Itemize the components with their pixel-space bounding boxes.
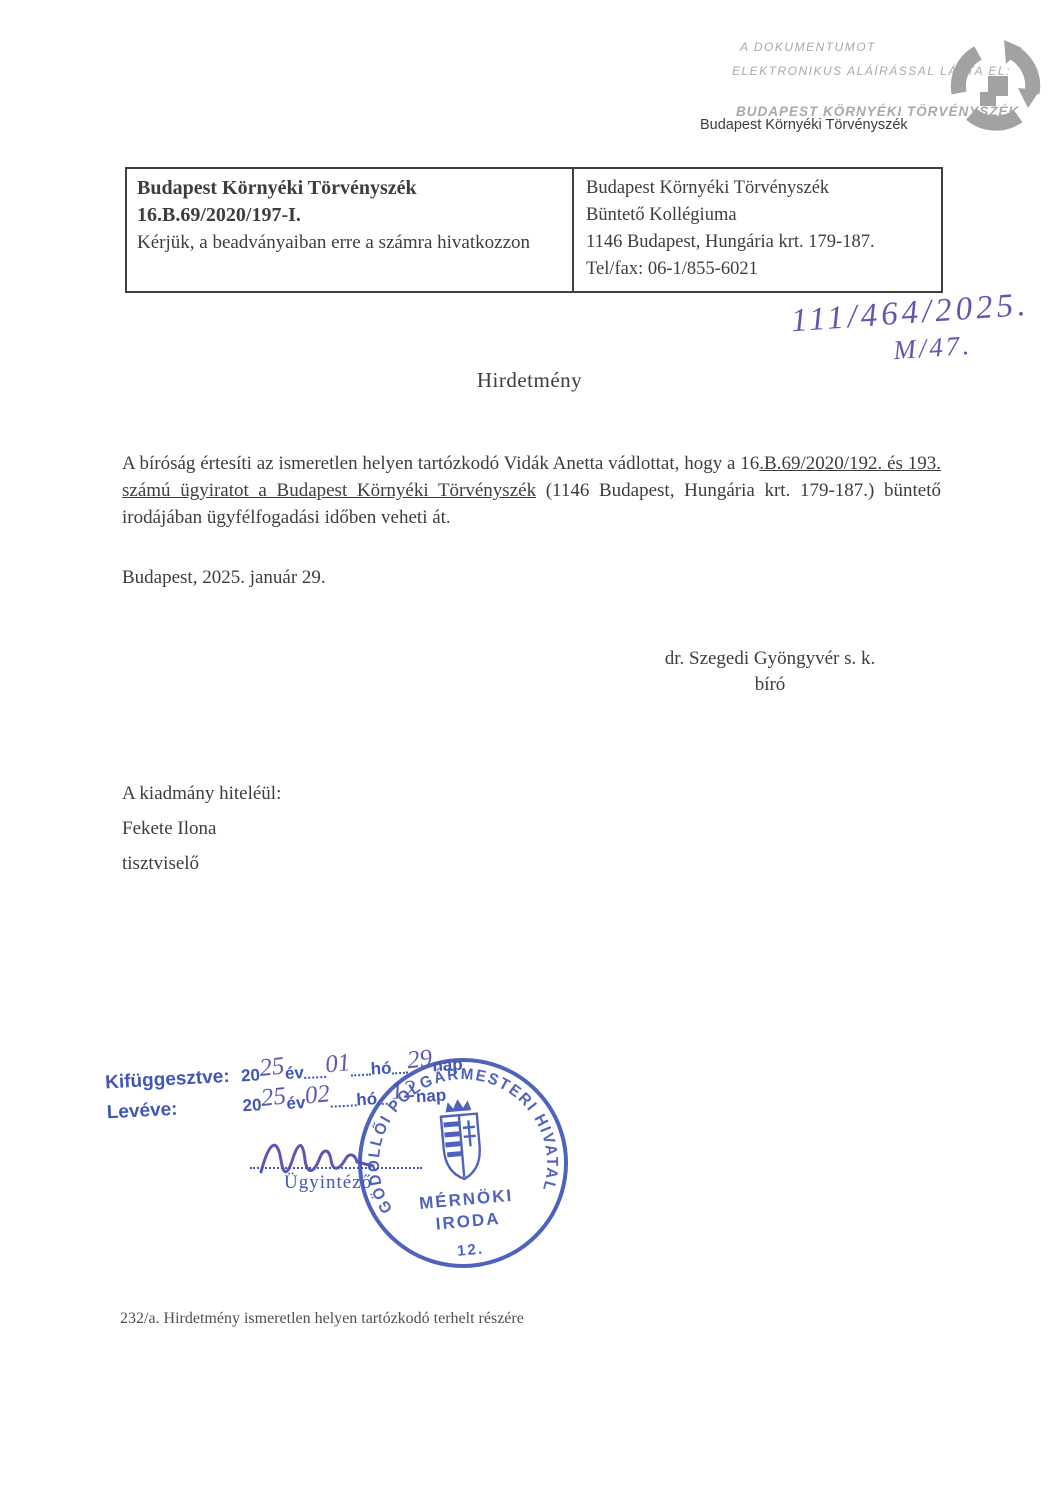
case-number: 16.B.69/2020/197-I.	[137, 202, 560, 229]
handwritten-filing-number: 111/464/2025. M/47.	[790, 287, 1033, 373]
signer-title: bíró	[600, 672, 940, 698]
court-name: Budapest Környéki Törvényszék	[137, 175, 560, 202]
year-prefix: 20	[241, 1065, 261, 1085]
document-title: Hirdetmény	[0, 368, 1059, 393]
stamp-number: 12.	[457, 1241, 485, 1260]
stamp-office-line1: MÉRNÖKI	[418, 1186, 514, 1213]
header-table-left-cell: Budapest Környéki Törvényszék 16.B.69/20…	[127, 169, 574, 291]
certification-line: A kiadmány hiteléül:	[122, 783, 281, 805]
round-office-stamp: GÖDÖLLŐI POLGÁRMESTERI HIVATAL MÉRNÖKI I…	[353, 1053, 573, 1273]
signer-name: dr. Szegedi Gyöngyvér s. k.	[600, 646, 940, 672]
handwritten-year: 25	[259, 1061, 285, 1074]
court-address-line: Tel/fax: 06-1/855-6021	[586, 256, 931, 283]
body-segment-1: A bíróság értesíti az ismeretlen helyen …	[122, 453, 759, 474]
body-paragraph: A bíróság értesíti az ismeretlen helyen …	[122, 450, 941, 531]
footer-note: 232/a. Hirdetmény ismeretlen helyen tart…	[120, 1310, 524, 1328]
date-line: Budapest, 2025. január 29.	[122, 567, 326, 589]
reference-note: Kérjük, a beadványaiban erre a számra hi…	[137, 229, 560, 256]
handwritten-month: 01	[325, 1058, 351, 1071]
esign-overlay-text: Budapest Környéki Törvényszék	[700, 116, 908, 134]
esign-stamp-line1: A DOKUMENTUMOT	[740, 38, 876, 56]
stamp-office-line2: IRODA	[435, 1209, 501, 1234]
document-page: A DOKUMENTUMOT ELEKTRONIKUS ALÁÍRÁSSAL L…	[0, 0, 1059, 1498]
certifier-name: Fekete Ilona	[122, 818, 216, 840]
esign-text-1: A DOKUMENTUMOT	[740, 40, 876, 54]
dotted-leader	[304, 1066, 327, 1079]
year-prefix: 20	[242, 1095, 262, 1115]
court-address-line: 1146 Budapest, Hungária krt. 179-187.	[586, 229, 931, 256]
certifier-title: tisztviselő	[122, 853, 199, 875]
court-logo-icon	[948, 38, 1044, 134]
kifuggesztve-label: Kifüggesztve:	[105, 1066, 238, 1095]
ev-label: év	[284, 1063, 304, 1083]
header-table-right-cell: Budapest Környéki Törvényszék Büntető Ko…	[574, 169, 941, 291]
handwritten-month: 02	[304, 1089, 330, 1102]
coat-of-arms	[439, 1098, 482, 1181]
handwritten-year: 25	[260, 1091, 286, 1104]
ev-label: év	[286, 1093, 306, 1113]
court-address-line: Budapest Környéki Törvényszék	[586, 175, 931, 202]
esign-overlay-label: Budapest Környéki Törvényszék	[700, 117, 908, 133]
court-address-line: Büntető Kollégiuma	[586, 202, 931, 229]
signer-block: dr. Szegedi Gyöngyvér s. k. bíró	[600, 646, 940, 698]
header-table: Budapest Környéki Törvényszék 16.B.69/20…	[125, 167, 943, 293]
